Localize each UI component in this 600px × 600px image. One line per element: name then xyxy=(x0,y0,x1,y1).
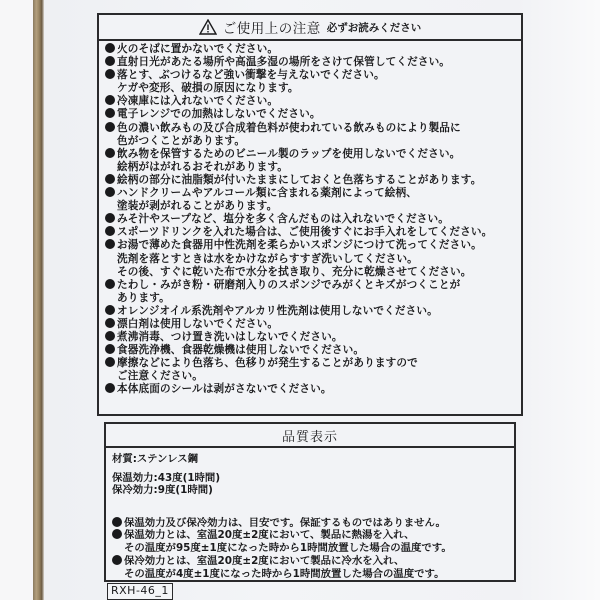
quality-labeling-title: 品質表示 xyxy=(282,426,338,445)
bullet-icon xyxy=(105,226,115,236)
bullet-icon xyxy=(112,529,122,539)
precautions-list: 火のそばに置かないでください。直射日光があたる場所や高温多湿の場所をさけて保管し… xyxy=(99,41,521,397)
must-read-subtitle: 必ずお読みください xyxy=(327,20,422,35)
precaution-item: ハンドクリームやアルコール類に含まれる薬剤によって絵柄、塗装が剥がれることがあり… xyxy=(105,187,521,213)
usage-precautions-header: ご使用上の注意 必ずお読みください xyxy=(99,15,521,41)
precaution-item: 電子レンジでの加熱はしないでください。 xyxy=(105,108,521,121)
item-text: 摩擦などにより色落ち、色移りが発生することがありますので xyxy=(117,357,418,369)
bullet-icon xyxy=(105,56,115,66)
precaution-item: オレンジオイル系洗剤やアルカリ性洗剤は使用しないでください。 xyxy=(105,305,521,318)
item-text: 煮沸消毒、つけ置き洗いはしないでください。 xyxy=(117,331,343,343)
item-continuation-line: 洗剤を落とすときは水をかけながらすすぎ洗いしてください。 xyxy=(105,253,521,266)
item-text: 絵柄の部分に油脂類が付いたままにしておくと色落ちすることがあります。 xyxy=(117,174,481,186)
item-text: たわし・みがき粉・研磨剤入りのスポンジでみがくとキズがつくことが xyxy=(117,279,460,291)
precaution-item: 色の濃い飲みもの及び合成着色料が使われている飲みものにより製品に色がつくことがあ… xyxy=(105,122,521,148)
bullet-icon xyxy=(105,279,115,289)
retention-note-item: 保温効力及び保冷効力は、目安です。保証するものではありません。 xyxy=(112,517,514,530)
item-text: スポーツドリンクを入れた場合は、ご使用後すぐにお手入れをしてください。 xyxy=(117,226,492,238)
precaution-item: 飲み物を保管するためのビニール製のラップを使用しないでください。絵柄がはがれるお… xyxy=(105,148,521,174)
item-first-line: 煮沸消毒、つけ置き洗いはしないでください。 xyxy=(105,331,521,344)
usage-precautions-box: ご使用上の注意 必ずお読みください 火のそばに置かないでください。直射日光があた… xyxy=(97,13,523,416)
item-first-line: 保温効力とは、室温20度±2度において、製品に熱湯を入れ、 xyxy=(112,529,514,542)
bullet-icon xyxy=(105,174,115,184)
item-first-line: オレンジオイル系洗剤やアルカリ性洗剤は使用しないでください。 xyxy=(105,305,521,318)
precaution-item: 摩擦などにより色落ち、色移りが発生することがありますのでご注意ください。 xyxy=(105,357,521,383)
quality-labeling-box: 品質表示 材質:ステンレス鋼 保温効力:43度(1時間) 保冷効力:9度(1時間… xyxy=(104,422,516,582)
item-text: 保温効力及び保冷効力は、目安です。保証するものではありません。 xyxy=(124,517,446,529)
bullet-icon xyxy=(105,344,115,354)
item-first-line: 摩擦などにより色落ち、色移りが発生することがありますので xyxy=(105,357,521,370)
item-continuation-line: その温度が4度±1度になった時から1時間放置した場合の温度です。 xyxy=(112,568,514,581)
item-text: 本体底面のシールは剥がさないでください。 xyxy=(117,383,332,395)
material-spec: 材質:ステンレス鋼 xyxy=(112,453,514,466)
item-text: 冷凍庫には入れないでください。 xyxy=(117,95,278,107)
item-first-line: スポーツドリンクを入れた場合は、ご使用後すぐにお手入れをしてください。 xyxy=(105,226,521,239)
item-continuation-line: その後、すぐに乾いた布で水分を拭き取り、充分に乾燥させてください。 xyxy=(105,266,521,279)
retention-note-item: 保冷効力とは、室温20度±2度において製品に冷水を入れ、その温度が4度±1度にな… xyxy=(112,555,514,581)
cardboard-edge xyxy=(33,0,44,600)
bullet-icon xyxy=(105,318,115,328)
precaution-item: 本体底面のシールは剥がさないでください。 xyxy=(105,383,521,396)
bullet-icon xyxy=(105,239,115,249)
bullet-icon xyxy=(105,213,115,223)
bullet-icon xyxy=(105,43,115,53)
item-first-line: たわし・みがき粉・研磨剤入りのスポンジでみがくとキズがつくことが xyxy=(105,279,521,292)
item-first-line: みそ汁やスープなど、塩分を多く含んだものは入れないでください。 xyxy=(105,213,521,226)
item-continuation-line: 絵柄がはがれるおそれがあります。 xyxy=(105,161,521,174)
precaution-item: 落とす、ぶつけるなど強い衝撃を与えないでください。ケガや変形、破損の原因になりま… xyxy=(105,69,521,95)
precaution-item: 煮沸消毒、つけ置き洗いはしないでください。 xyxy=(105,331,521,344)
item-text: 漂白剤は使用しないでください。 xyxy=(117,318,278,330)
quality-labeling-header: 品質表示 xyxy=(106,424,514,448)
item-first-line: 色の濃い飲みもの及び合成着色料が使われている飲みものにより製品に xyxy=(105,122,521,135)
item-continuation-line: ケガや変形、破損の原因になります。 xyxy=(105,82,521,95)
bullet-icon xyxy=(112,517,122,527)
quality-labeling-body: 材質:ステンレス鋼 保温効力:43度(1時間) 保冷効力:9度(1時間) 保温効… xyxy=(106,448,514,580)
item-first-line: 絵柄の部分に油脂類が付いたままにしておくと色落ちすることがあります。 xyxy=(105,174,521,187)
item-continuation-line: その温度が95度±1度になった時から1時間放置した場合の温度です。 xyxy=(112,542,514,555)
precaution-item: みそ汁やスープなど、塩分を多く含んだものは入れないでください。 xyxy=(105,213,521,226)
precaution-item: スポーツドリンクを入れた場合は、ご使用後すぐにお手入れをしてください。 xyxy=(105,226,521,239)
item-text: オレンジオイル系洗剤やアルカリ性洗剤は使用しないでください。 xyxy=(117,305,438,317)
item-first-line: 保温効力及び保冷効力は、目安です。保証するものではありません。 xyxy=(112,517,514,530)
heat-retention-spec: 保温効力:43度(1時間) xyxy=(112,472,514,485)
precaution-item: 火のそばに置かないでください。 xyxy=(105,43,521,56)
product-code-label: RXH-46_1 xyxy=(107,583,173,600)
item-text: 落とす、ぶつけるなど強い衝撃を与えないでください。 xyxy=(117,69,385,81)
warning-triangle-icon xyxy=(199,19,217,35)
bullet-icon xyxy=(105,383,115,393)
item-first-line: 食器洗浄機、食器乾燥機は使用しないでください。 xyxy=(105,344,521,357)
precaution-item: 冷凍庫には入れないでください。 xyxy=(105,95,521,108)
item-first-line: 飲み物を保管するためのビニール製のラップを使用しないでください。 xyxy=(105,148,521,161)
item-text: 飲み物を保管するためのビニール製のラップを使用しないでください。 xyxy=(117,148,460,160)
item-text: 電子レンジでの加熱はしないでください。 xyxy=(117,108,321,120)
item-first-line: 冷凍庫には入れないでください。 xyxy=(105,95,521,108)
bullet-icon xyxy=(105,108,115,118)
item-first-line: 漂白剤は使用しないでください。 xyxy=(105,318,521,331)
item-text: ハンドクリームやアルコール類に含まれる薬剤によって絵柄、 xyxy=(117,187,417,199)
item-continuation-line: あります。 xyxy=(105,292,521,305)
item-text: 保冷効力とは、室温20度±2度において製品に冷水を入れ、 xyxy=(124,555,404,567)
precaution-item: たわし・みがき粉・研磨剤入りのスポンジでみがくとキズがつくことがあります。 xyxy=(105,279,521,305)
bullet-icon xyxy=(105,305,115,315)
bullet-icon xyxy=(105,331,115,341)
background-left xyxy=(0,0,33,600)
item-first-line: ハンドクリームやアルコール類に含まれる薬剤によって絵柄、 xyxy=(105,187,521,200)
item-text: 保温効力とは、室温20度±2度において、製品に熱湯を入れ、 xyxy=(124,529,415,541)
bullet-icon xyxy=(105,69,115,79)
bullet-icon xyxy=(105,95,115,105)
item-text: 火のそばに置かないでください。 xyxy=(117,43,278,55)
item-first-line: 電子レンジでの加熱はしないでください。 xyxy=(105,108,521,121)
retention-notes-list: 保温効力及び保冷効力は、目安です。保証するものではありません。保温効力とは、室温… xyxy=(112,517,514,581)
retention-note-item: 保温効力とは、室温20度±2度において、製品に熱湯を入れ、その温度が95度±1度… xyxy=(112,529,514,555)
item-first-line: お湯で薄めた食器用中性洗剤を柔らかいスポンジにつけて洗ってください。 xyxy=(105,239,521,252)
item-first-line: 保冷効力とは、室温20度±2度において製品に冷水を入れ、 xyxy=(112,555,514,568)
item-text: 色の濃い飲みもの及び合成着色料が使われている飲みものにより製品に xyxy=(117,122,461,134)
precaution-item: 漂白剤は使用しないでください。 xyxy=(105,318,521,331)
item-first-line: 直射日光があたる場所や高温多湿の場所をさけて保管してください。 xyxy=(105,56,521,69)
cold-retention-spec: 保冷効力:9度(1時間) xyxy=(112,484,514,497)
precaution-item: 直射日光があたる場所や高温多湿の場所をさけて保管してください。 xyxy=(105,56,521,69)
item-continuation-line: 塗装が剥がれることがあります。 xyxy=(105,200,521,213)
precaution-item: 絵柄の部分に油脂類が付いたままにしておくと色落ちすることがあります。 xyxy=(105,174,521,187)
usage-precautions-title: ご使用上の注意 xyxy=(223,17,321,37)
item-first-line: 火のそばに置かないでください。 xyxy=(105,43,521,56)
item-continuation-line: ご注意ください。 xyxy=(105,370,521,383)
item-text: 食器洗浄機、食器乾燥機は使用しないでください。 xyxy=(117,344,364,356)
item-continuation-line: 色がつくことがあります。 xyxy=(105,135,521,148)
item-text: 直射日光があたる場所や高温多湿の場所をさけて保管してください。 xyxy=(117,56,450,68)
precaution-item: 食器洗浄機、食器乾燥機は使用しないでください。 xyxy=(105,344,521,357)
item-text: みそ汁やスープなど、塩分を多く含んだものは入れないでください。 xyxy=(117,213,449,225)
bullet-icon xyxy=(105,357,115,367)
bullet-icon xyxy=(105,187,115,197)
item-first-line: 本体底面のシールは剥がさないでください。 xyxy=(105,383,521,396)
precaution-item: お湯で薄めた食器用中性洗剤を柔らかいスポンジにつけて洗ってください。洗剤を落とす… xyxy=(105,239,521,278)
bullet-icon xyxy=(105,148,115,158)
item-first-line: 落とす、ぶつけるなど強い衝撃を与えないでください。 xyxy=(105,69,521,82)
bullet-icon xyxy=(105,122,115,132)
bullet-icon xyxy=(112,555,122,565)
item-text: お湯で薄めた食器用中性洗剤を柔らかいスポンジにつけて洗ってください。 xyxy=(117,239,482,251)
